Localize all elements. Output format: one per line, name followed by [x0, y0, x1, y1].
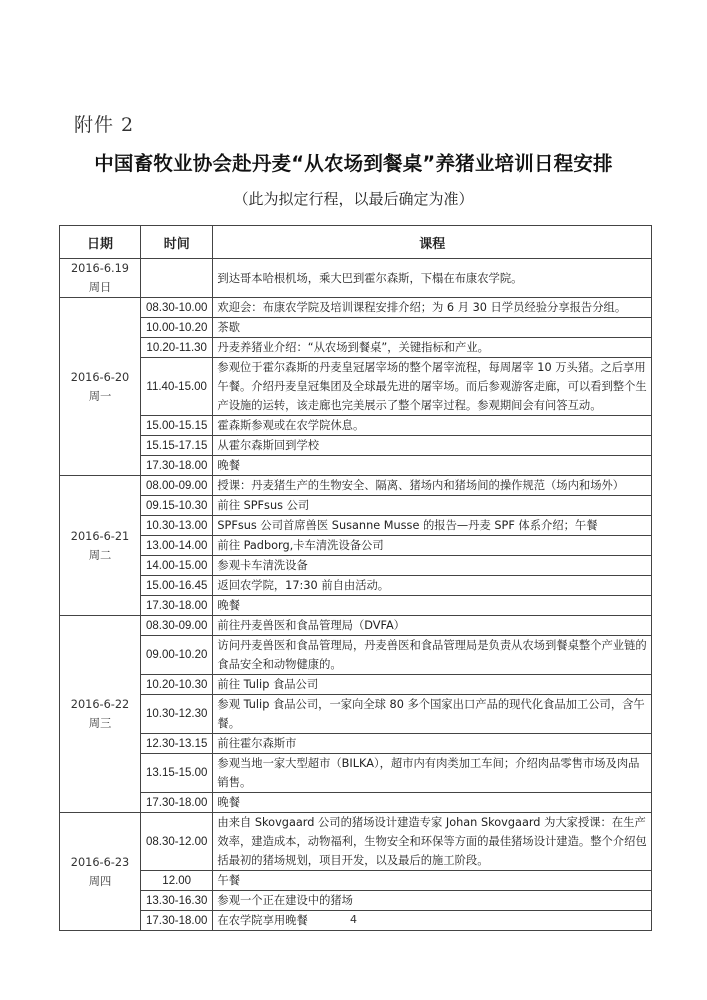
time-cell: 10.20-11.30 — [141, 338, 213, 358]
table-row: 15.00-16.45返回农学院，17:30 前自由活动。 — [60, 576, 652, 596]
page-number: 4 — [0, 913, 707, 926]
time-cell: 09.00-10.20 — [141, 636, 213, 675]
course-cell: 晚餐 — [213, 596, 652, 616]
table-row: 2016-6-22周三08.30-09.00前往丹麦兽医和食品管理局（DVFA） — [60, 616, 652, 636]
table-row: 10.00-10.20茶歇 — [60, 318, 652, 338]
course-cell: 丹麦养猪业介绍：“从农场到餐桌”，关键指标和产业。 — [213, 338, 652, 358]
table-row: 11.40-15.00参观位于霍尔森斯的丹麦皇冠屠宰场的整个屠宰流程，每周屠宰 … — [60, 358, 652, 416]
table-row: 12.30-13.15前往霍尔森斯市 — [60, 734, 652, 754]
course-cell: 前往丹麦兽医和食品管理局（DVFA） — [213, 616, 652, 636]
weekday-value: 周日 — [65, 278, 135, 297]
time-cell: 12.30-13.15 — [141, 734, 213, 754]
date-value: 2016-6.19 — [65, 259, 135, 278]
table-row: 14.00-15.00参观卡车清洗设备 — [60, 556, 652, 576]
attachment-label: 附件 2 — [74, 110, 134, 137]
weekday-value: 周三 — [65, 714, 135, 733]
table-row: 09.00-10.20访问丹麦兽医和食品管理局，丹麦兽医和食品管理局是负责从农场… — [60, 636, 652, 675]
date-cell: 2016-6-21周二 — [60, 476, 141, 616]
header-date: 日期 — [60, 226, 141, 259]
time-cell: 08.00-09.00 — [141, 476, 213, 496]
course-cell: 到达哥本哈根机场，乘大巴到霍尔森斯，下榻在布康农学院。 — [213, 259, 652, 298]
time-cell: 17.30-18.00 — [141, 596, 213, 616]
course-cell: 返回农学院，17:30 前自由活动。 — [213, 576, 652, 596]
table-header-row: 日期 时间 课程 — [60, 226, 652, 259]
course-cell: SPFsus 公司首席兽医 Susanne Musse 的报告—丹麦 SPF 体… — [213, 516, 652, 536]
date-cell: 2016-6.19周日 — [60, 259, 141, 298]
course-cell: 茶歇 — [213, 318, 652, 338]
time-cell: 12.00 — [141, 871, 213, 891]
time-cell: 17.30-18.00 — [141, 456, 213, 476]
time-cell: 09.15-10.30 — [141, 496, 213, 516]
table-row: 12.00午餐 — [60, 871, 652, 891]
course-cell: 访问丹麦兽医和食品管理局，丹麦兽医和食品管理局是负责从农场到餐桌整个产业链的食品… — [213, 636, 652, 675]
course-cell: 欢迎会：布康农学院及培训课程安排介绍；为 6 月 30 日学员经验分享报告分组。 — [213, 298, 652, 318]
weekday-value: 周一 — [65, 387, 135, 406]
header-course: 课程 — [213, 226, 652, 259]
time-cell: 15.00-15.15 — [141, 416, 213, 436]
date-value: 2016-6-23 — [65, 853, 135, 872]
course-cell: 午餐 — [213, 871, 652, 891]
table-row: 2016-6-20周一08.30-10.00欢迎会：布康农学院及培训课程安排介绍… — [60, 298, 652, 318]
weekday-value: 周四 — [65, 872, 135, 891]
table-row: 13.30-16.30参观一个正在建设中的猪场 — [60, 891, 652, 911]
time-cell: 17.30-18.00 — [141, 793, 213, 813]
weekday-value: 周二 — [65, 546, 135, 565]
time-cell: 11.40-15.00 — [141, 358, 213, 416]
table-row: 13.15-15.00参观当地一家大型超市（BILKA），超市内有肉类加工车间；… — [60, 754, 652, 793]
time-cell: 10.30-12.30 — [141, 695, 213, 734]
table-row: 2016-6-23周四08.30-12.00由来自 Skovgaard 公司的猪… — [60, 813, 652, 871]
document-title: 中国畜牧业协会赴丹麦“从农场到餐桌”养猪业培训日程安排 — [0, 148, 707, 176]
course-cell: 前往 Padborg,卡车清洗设备公司 — [213, 536, 652, 556]
schedule-body: 2016-6.19周日到达哥本哈根机场，乘大巴到霍尔森斯，下榻在布康农学院。20… — [60, 259, 652, 931]
table-row: 10.20-11.30丹麦养猪业介绍：“从农场到餐桌”，关键指标和产业。 — [60, 338, 652, 358]
date-value: 2016-6-22 — [65, 695, 135, 714]
course-cell: 参观位于霍尔森斯的丹麦皇冠屠宰场的整个屠宰流程，每周屠宰 10 万头猪。之后享用… — [213, 358, 652, 416]
schedule-table: 日期 时间 课程 2016-6.19周日到达哥本哈根机场，乘大巴到霍尔森斯，下榻… — [59, 225, 652, 931]
course-cell: 参观当地一家大型超市（BILKA），超市内有肉类加工车间；介绍肉品零售市场及肉品… — [213, 754, 652, 793]
course-cell: 晚餐 — [213, 456, 652, 476]
table-row: 10.30-13.00SPFsus 公司首席兽医 Susanne Musse 的… — [60, 516, 652, 536]
table-row: 15.00-15.15霍森斯参观或在农学院休息。 — [60, 416, 652, 436]
table-row: 15.15-17.15从霍尔森斯回到学校 — [60, 436, 652, 456]
time-cell — [141, 259, 213, 298]
course-cell: 参观 Tulip 食品公司，一家向全球 80 多个国家出口产品的现代化食品加工公… — [213, 695, 652, 734]
table-row: 17.30-18.00晚餐 — [60, 596, 652, 616]
table-row: 2016-6-21周二08.00-09.00授课：丹麦猪生产的生物安全、隔离、猪… — [60, 476, 652, 496]
course-cell: 参观一个正在建设中的猪场 — [213, 891, 652, 911]
course-cell: 参观卡车清洗设备 — [213, 556, 652, 576]
course-cell: 前往霍尔森斯市 — [213, 734, 652, 754]
time-cell: 10.30-13.00 — [141, 516, 213, 536]
time-cell: 15.15-17.15 — [141, 436, 213, 456]
header-time: 时间 — [141, 226, 213, 259]
table-row: 09.15-10.30前往 SPFsus 公司 — [60, 496, 652, 516]
table-row: 10.20-10.30前往 Tulip 食品公司 — [60, 675, 652, 695]
time-cell: 13.30-16.30 — [141, 891, 213, 911]
date-cell: 2016-6-22周三 — [60, 616, 141, 813]
date-value: 2016-6-20 — [65, 368, 135, 387]
time-cell: 08.30-09.00 — [141, 616, 213, 636]
course-cell: 前往 SPFsus 公司 — [213, 496, 652, 516]
date-cell: 2016-6-20周一 — [60, 298, 141, 476]
time-cell: 14.00-15.00 — [141, 556, 213, 576]
document-subtitle: （此为拟定行程，以最后确定为准） — [0, 188, 707, 209]
time-cell: 13.15-15.00 — [141, 754, 213, 793]
time-cell: 08.30-10.00 — [141, 298, 213, 318]
course-cell: 从霍尔森斯回到学校 — [213, 436, 652, 456]
time-cell: 10.00-10.20 — [141, 318, 213, 338]
table-row: 17.30-18.00晚餐 — [60, 793, 652, 813]
course-cell: 由来自 Skovgaard 公司的猪场设计建造专家 Johan Skovgaar… — [213, 813, 652, 871]
time-cell: 10.20-10.30 — [141, 675, 213, 695]
table-row: 13.00-14.00前往 Padborg,卡车清洗设备公司 — [60, 536, 652, 556]
time-cell: 08.30-12.00 — [141, 813, 213, 871]
time-cell: 15.00-16.45 — [141, 576, 213, 596]
course-cell: 霍森斯参观或在农学院休息。 — [213, 416, 652, 436]
time-cell: 13.00-14.00 — [141, 536, 213, 556]
course-cell: 前往 Tulip 食品公司 — [213, 675, 652, 695]
course-cell: 晚餐 — [213, 793, 652, 813]
date-value: 2016-6-21 — [65, 527, 135, 546]
table-row: 10.30-12.30参观 Tulip 食品公司，一家向全球 80 多个国家出口… — [60, 695, 652, 734]
table-row: 2016-6.19周日到达哥本哈根机场，乘大巴到霍尔森斯，下榻在布康农学院。 — [60, 259, 652, 298]
table-row: 17.30-18.00晚餐 — [60, 456, 652, 476]
course-cell: 授课：丹麦猪生产的生物安全、隔离、猪场内和猪场间的操作规范（场内和场外） — [213, 476, 652, 496]
